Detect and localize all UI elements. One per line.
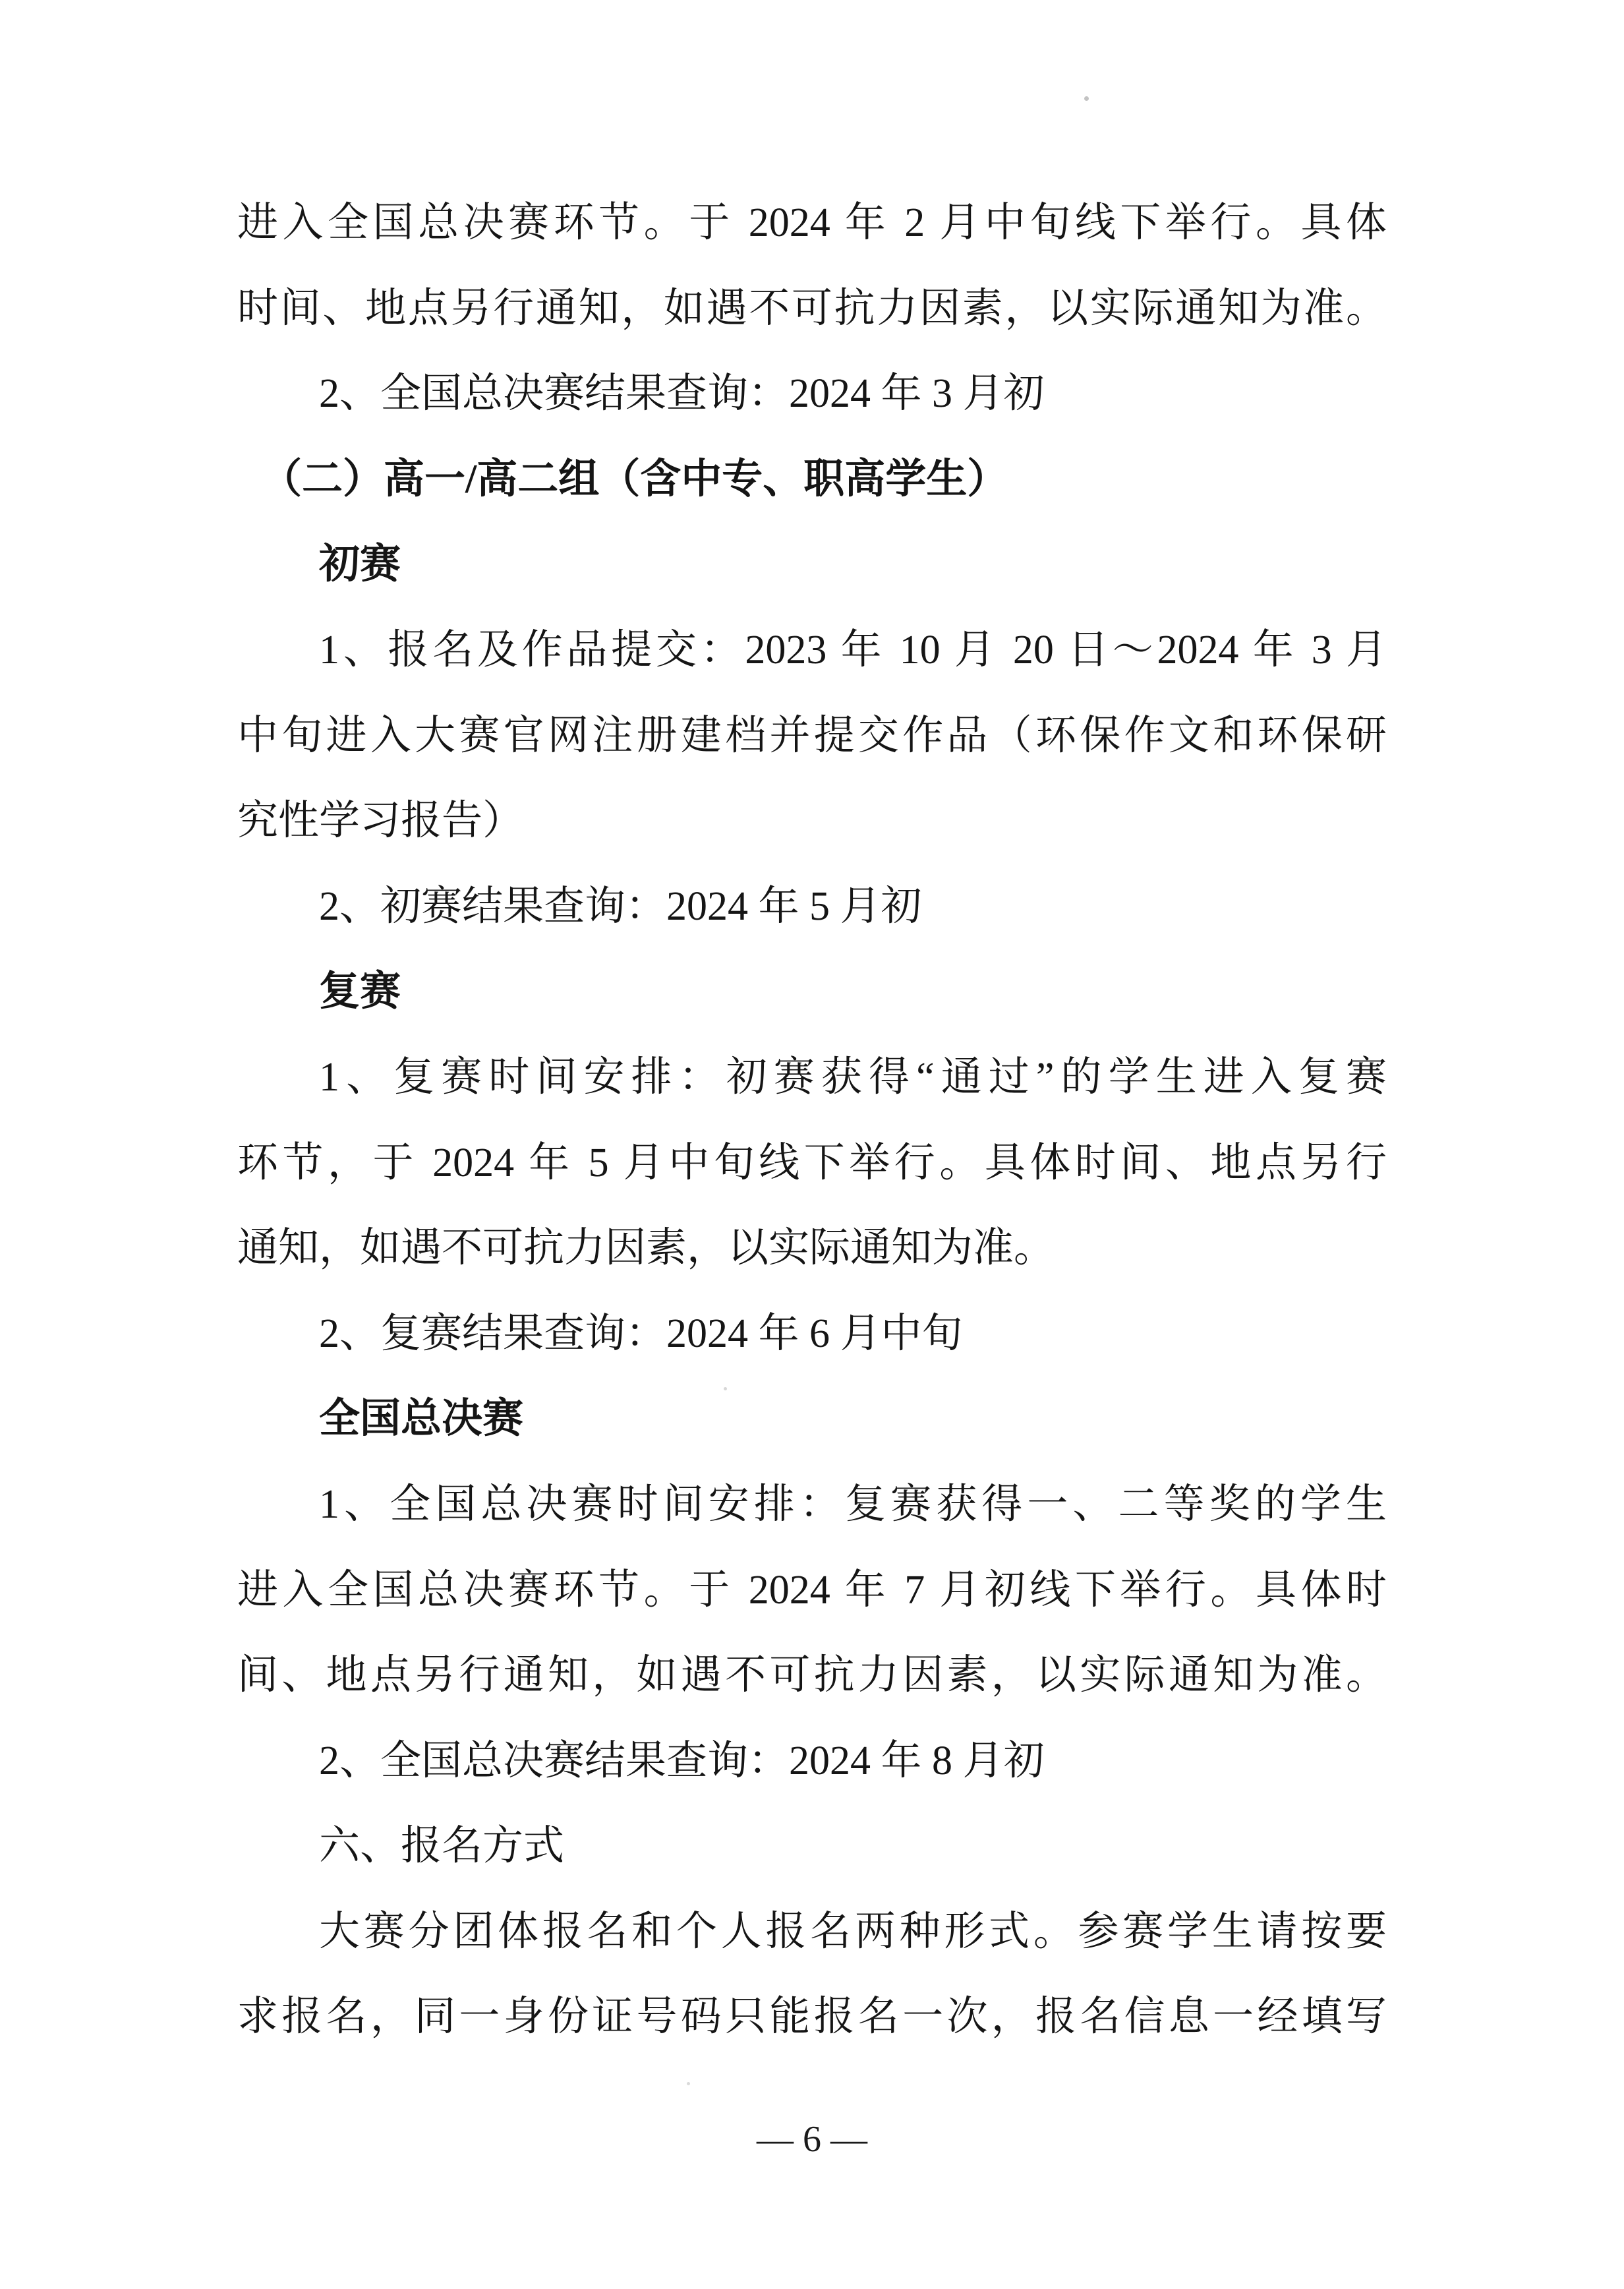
subheading-preliminary-round: 初赛 <box>237 522 1387 608</box>
body-line: 进入全国总决赛环节。于 2024 年 2 月中旬线下举行。具体 <box>237 181 1387 266</box>
body-line: 大赛分团体报名和个人报名两种形式。参赛学生请按要 <box>237 1889 1387 1975</box>
body-line: 2、全国总决赛结果查询：2024 年 3 月初 <box>237 351 1387 437</box>
body-line: 进入全国总决赛环节。于 2024 年 7 月初线下举行。具体时 <box>237 1548 1387 1634</box>
body-line: 环节，于 2024 年 5 月中旬线下举行。具体时间、地点另行 <box>237 1121 1387 1206</box>
body-line: 1、全国总决赛时间安排：复赛获得一、二等奖的学生 <box>237 1462 1387 1548</box>
subheading-semifinal-round: 复赛 <box>237 949 1387 1035</box>
body-line: 求报名，同一身份证号码只能报名一次，报名信息一经填写 <box>237 1975 1387 2060</box>
body-line: 1、报名及作品提交：2023 年 10 月 20 日～2024 年 3 月 <box>237 608 1387 694</box>
document-page: 进入全国总决赛环节。于 2024 年 2 月中旬线下举行。具体 时间、地点另行通… <box>0 0 1624 2289</box>
section-heading-registration: 六、报名方式 <box>237 1804 1387 1889</box>
scan-speck <box>724 1387 727 1390</box>
body-line: 1、复赛时间安排：初赛获得“通过”的学生进入复赛 <box>237 1035 1387 1121</box>
body-line: 通知，如遇不可抗力因素，以实际通知为准。 <box>237 1206 1387 1292</box>
body-line: 究性学习报告） <box>237 779 1387 864</box>
body-line: 间、地点另行通知，如遇不可抗力因素，以实际通知为准。 <box>237 1633 1387 1719</box>
page-number: — 6 — <box>0 2111 1624 2168</box>
body-line: 2、全国总决赛结果查询：2024 年 8 月初 <box>237 1719 1387 1804</box>
scan-speck <box>687 2082 690 2085</box>
body-line: 2、初赛结果查询：2024 年 5 月初 <box>237 864 1387 950</box>
subheading-national-final: 全国总决赛 <box>237 1377 1387 1462</box>
body-line: 中旬进入大赛官网注册建档并提交作品（环保作文和环保研 <box>237 694 1387 779</box>
body-line: 2、复赛结果查询：2024 年 6 月中旬 <box>237 1292 1387 1377</box>
scan-speck <box>1084 96 1089 101</box>
document-body: 进入全国总决赛环节。于 2024 年 2 月中旬线下举行。具体 时间、地点另行通… <box>237 181 1387 2060</box>
body-line: 时间、地点另行通知，如遇不可抗力因素，以实际通知为准。 <box>237 266 1387 352</box>
section-heading-group2: （二）高一/高二组（含中专、职高学生） <box>237 437 1387 523</box>
